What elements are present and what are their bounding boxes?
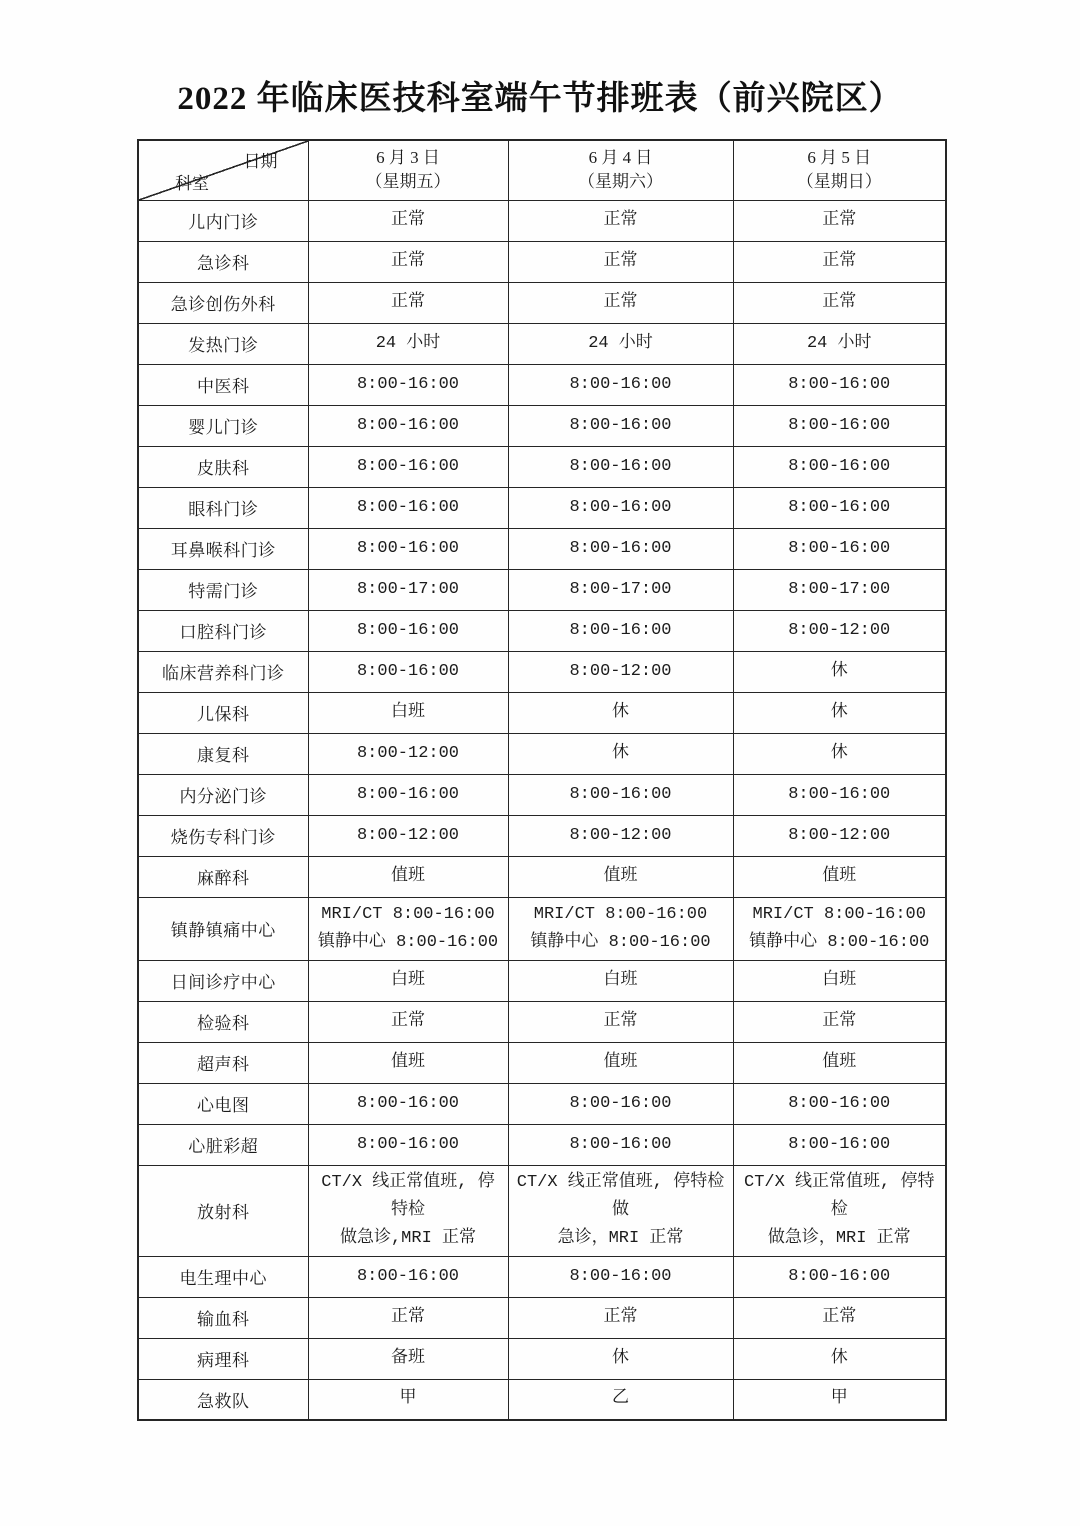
schedule-cell: 值班 [733,856,946,897]
schedule-cell: 休 [733,692,946,733]
table-row: 镇静镇痛中心MRI/CT 8:00-16:00 镇静中心 8:00-16:00M… [138,897,946,960]
schedule-cell: 8:00-16:00 [733,774,946,815]
schedule-cell: 正常 [733,282,946,323]
schedule-table-body: 儿内门诊正常正常正常急诊科正常正常正常急诊创伤外科正常正常正常发热门诊24 小时… [138,200,946,1420]
schedule-cell: 正常 [308,241,508,282]
department-cell: 发热门诊 [138,323,308,364]
schedule-cell: 8:00-16:00 [733,405,946,446]
table-row: 内分泌门诊8:00-16:008:00-16:008:00-16:00 [138,774,946,815]
department-cell: 中医科 [138,364,308,405]
table-row: 婴儿门诊8:00-16:008:00-16:008:00-16:00 [138,405,946,446]
schedule-cell: 8:00-12:00 [308,815,508,856]
table-row: 日间诊疗中心白班白班白班 [138,960,946,1001]
table-row: 儿内门诊正常正常正常 [138,200,946,241]
schedule-cell: 8:00-16:00 [308,774,508,815]
column-header-day2: 6 月 4 日 （星期六） [508,140,733,200]
department-cell: 放射科 [138,1165,308,1256]
table-row: 耳鼻喉科门诊8:00-16:008:00-16:008:00-16:00 [138,528,946,569]
schedule-cell: 正常 [308,282,508,323]
table-row: 康复科8:00-12:00休休 [138,733,946,774]
schedule-cell: 休 [508,1338,733,1379]
schedule-cell: 24 小时 [308,323,508,364]
day1-date: 6 月 3 日 [309,146,508,170]
schedule-cell: 甲 [308,1379,508,1420]
schedule-cell: 24 小时 [508,323,733,364]
schedule-cell: 8:00-16:00 [308,610,508,651]
schedule-cell: 正常 [508,282,733,323]
schedule-cell: 8:00-16:00 [308,405,508,446]
schedule-cell: 8:00-17:00 [733,569,946,610]
table-row: 麻醉科值班值班值班 [138,856,946,897]
schedule-cell: 8:00-12:00 [508,815,733,856]
column-header-day1: 6 月 3 日 （星期五） [308,140,508,200]
schedule-cell: 8:00-16:00 [308,487,508,528]
department-cell: 特需门诊 [138,569,308,610]
department-cell: 日间诊疗中心 [138,960,308,1001]
department-cell: 烧伤专科门诊 [138,815,308,856]
schedule-cell: 值班 [508,1042,733,1083]
schedule-cell: 正常 [508,1001,733,1042]
schedule-cell: 休 [733,651,946,692]
header-row: 日期 科室 6 月 3 日 （星期五） 6 月 4 日 （星期六） 6 月 5 … [138,140,946,200]
day1-weekday: （星期五） [309,170,508,194]
table-row: 眼科门诊8:00-16:008:00-16:008:00-16:00 [138,487,946,528]
schedule-cell: 8:00-16:00 [733,1124,946,1165]
day2-date: 6 月 4 日 [509,146,733,170]
schedule-cell: 乙 [508,1379,733,1420]
department-cell: 儿内门诊 [138,200,308,241]
table-row: 口腔科门诊8:00-16:008:00-16:008:00-12:00 [138,610,946,651]
schedule-cell: MRI/CT 8:00-16:00 镇静中心 8:00-16:00 [508,897,733,960]
schedule-cell: 8:00-16:00 [508,1124,733,1165]
table-row: 特需门诊8:00-17:008:00-17:008:00-17:00 [138,569,946,610]
department-cell: 皮肤科 [138,446,308,487]
schedule-cell: 正常 [733,1001,946,1042]
schedule-cell: 8:00-16:00 [733,446,946,487]
schedule-cell: CT/X 线正常值班, 停特检做 急诊，MRI 正常 [508,1165,733,1256]
table-row: 输血科正常正常正常 [138,1297,946,1338]
schedule-cell: 正常 [308,200,508,241]
schedule-table: 日期 科室 6 月 3 日 （星期五） 6 月 4 日 （星期六） 6 月 5 … [137,139,947,1421]
table-row: 儿保科白班休休 [138,692,946,733]
schedule-table-header: 日期 科室 6 月 3 日 （星期五） 6 月 4 日 （星期六） 6 月 5 … [138,140,946,200]
day2-weekday: （星期六） [509,170,733,194]
department-cell: 病理科 [138,1338,308,1379]
department-cell: 镇静镇痛中心 [138,897,308,960]
schedule-cell: 8:00-16:00 [508,487,733,528]
schedule-cell: 8:00-16:00 [508,1256,733,1297]
schedule-cell: 8:00-16:00 [508,405,733,446]
day3-date: 6 月 5 日 [734,146,946,170]
schedule-cell: 8:00-16:00 [508,528,733,569]
schedule-cell: 8:00-16:00 [508,446,733,487]
page-title: 2022 年临床医技科室端午节排班表（前兴院区） [0,72,1080,119]
department-cell: 口腔科门诊 [138,610,308,651]
table-row: 心脏彩超8:00-16:008:00-16:008:00-16:00 [138,1124,946,1165]
corner-date-label: 日期 [244,147,278,172]
schedule-cell: 8:00-16:00 [508,1083,733,1124]
table-row: 电生理中心8:00-16:008:00-16:008:00-16:00 [138,1256,946,1297]
schedule-cell: 白班 [733,960,946,1001]
schedule-cell: 24 小时 [733,323,946,364]
schedule-cell: 8:00-16:00 [308,446,508,487]
table-row: 皮肤科8:00-16:008:00-16:008:00-16:00 [138,446,946,487]
table-row: 烧伤专科门诊8:00-12:008:00-12:008:00-12:00 [138,815,946,856]
schedule-cell: 8:00-16:00 [733,1083,946,1124]
table-row: 临床营养科门诊8:00-16:008:00-12:00休 [138,651,946,692]
schedule-cell: 8:00-16:00 [733,487,946,528]
schedule-cell: 8:00-16:00 [308,1124,508,1165]
table-row: 病理科备班休休 [138,1338,946,1379]
schedule-cell: 正常 [508,200,733,241]
corner-diagonal-cell: 日期 科室 [138,140,308,200]
table-row: 超声科值班值班值班 [138,1042,946,1083]
department-cell: 超声科 [138,1042,308,1083]
department-cell: 内分泌门诊 [138,774,308,815]
department-cell: 心脏彩超 [138,1124,308,1165]
schedule-cell: 白班 [308,692,508,733]
schedule-cell: 8:00-17:00 [508,569,733,610]
column-header-day3: 6 月 5 日 （星期日） [733,140,946,200]
department-cell: 急诊科 [138,241,308,282]
department-cell: 检验科 [138,1001,308,1042]
schedule-cell: 正常 [308,1001,508,1042]
schedule-cell: 8:00-16:00 [508,364,733,405]
schedule-cell: 值班 [308,856,508,897]
schedule-cell: 8:00-16:00 [733,364,946,405]
schedule-cell: 休 [508,733,733,774]
schedule-cell: 8:00-16:00 [308,1256,508,1297]
schedule-cell: 8:00-12:00 [308,733,508,774]
department-cell: 耳鼻喉科门诊 [138,528,308,569]
schedule-cell: 8:00-16:00 [308,528,508,569]
table-row: 急诊科正常正常正常 [138,241,946,282]
document-page: 2022 年临床医技科室端午节排班表（前兴院区） 日期 科室 6 月 3 日 （… [0,0,1080,1526]
schedule-cell: 值班 [733,1042,946,1083]
table-row: 发热门诊24 小时24 小时24 小时 [138,323,946,364]
schedule-cell: 8:00-12:00 [733,815,946,856]
table-row: 放射科CT/X 线正常值班, 停特检 做急诊,MRI 正常CT/X 线正常值班,… [138,1165,946,1256]
schedule-cell: 正常 [508,241,733,282]
schedule-cell: 白班 [308,960,508,1001]
department-cell: 急诊创伤外科 [138,282,308,323]
schedule-cell: 8:00-16:00 [733,1256,946,1297]
department-cell: 输血科 [138,1297,308,1338]
schedule-cell: 8:00-16:00 [308,364,508,405]
table-row: 心电图8:00-16:008:00-16:008:00-16:00 [138,1083,946,1124]
schedule-cell: 正常 [733,1297,946,1338]
day3-weekday: （星期日） [734,170,946,194]
schedule-cell: 8:00-16:00 [308,1083,508,1124]
schedule-cell: 休 [733,733,946,774]
department-cell: 婴儿门诊 [138,405,308,446]
schedule-cell: 正常 [733,200,946,241]
schedule-cell: 8:00-16:00 [733,528,946,569]
table-row: 检验科正常正常正常 [138,1001,946,1042]
table-row: 中医科8:00-16:008:00-16:008:00-16:00 [138,364,946,405]
department-cell: 儿保科 [138,692,308,733]
schedule-cell: 8:00-16:00 [508,774,733,815]
schedule-cell: MRI/CT 8:00-16:00 镇静中心 8:00-16:00 [733,897,946,960]
schedule-cell: 正常 [508,1297,733,1338]
department-cell: 临床营养科门诊 [138,651,308,692]
schedule-cell: CT/X 线正常值班, 停特检 做急诊，MRI 正常 [733,1165,946,1256]
schedule-cell: 休 [733,1338,946,1379]
table-row: 急诊创伤外科正常正常正常 [138,282,946,323]
department-cell: 心电图 [138,1083,308,1124]
department-cell: 急救队 [138,1379,308,1420]
table-row: 急救队甲乙甲 [138,1379,946,1420]
schedule-cell: 8:00-12:00 [733,610,946,651]
schedule-cell: 白班 [508,960,733,1001]
schedule-cell: 值班 [508,856,733,897]
schedule-cell: 备班 [308,1338,508,1379]
schedule-cell: 甲 [733,1379,946,1420]
schedule-cell: MRI/CT 8:00-16:00 镇静中心 8:00-16:00 [308,897,508,960]
schedule-cell: 8:00-17:00 [308,569,508,610]
schedule-cell: 正常 [308,1297,508,1338]
department-cell: 康复科 [138,733,308,774]
schedule-cell: 8:00-16:00 [508,610,733,651]
corner-dept-label: 科室 [175,169,209,194]
department-cell: 电生理中心 [138,1256,308,1297]
schedule-cell: 休 [508,692,733,733]
department-cell: 眼科门诊 [138,487,308,528]
schedule-cell: 值班 [308,1042,508,1083]
schedule-cell: 8:00-16:00 [308,651,508,692]
schedule-cell: 正常 [733,241,946,282]
schedule-cell: CT/X 线正常值班, 停特检 做急诊,MRI 正常 [308,1165,508,1256]
department-cell: 麻醉科 [138,856,308,897]
schedule-cell: 8:00-12:00 [508,651,733,692]
